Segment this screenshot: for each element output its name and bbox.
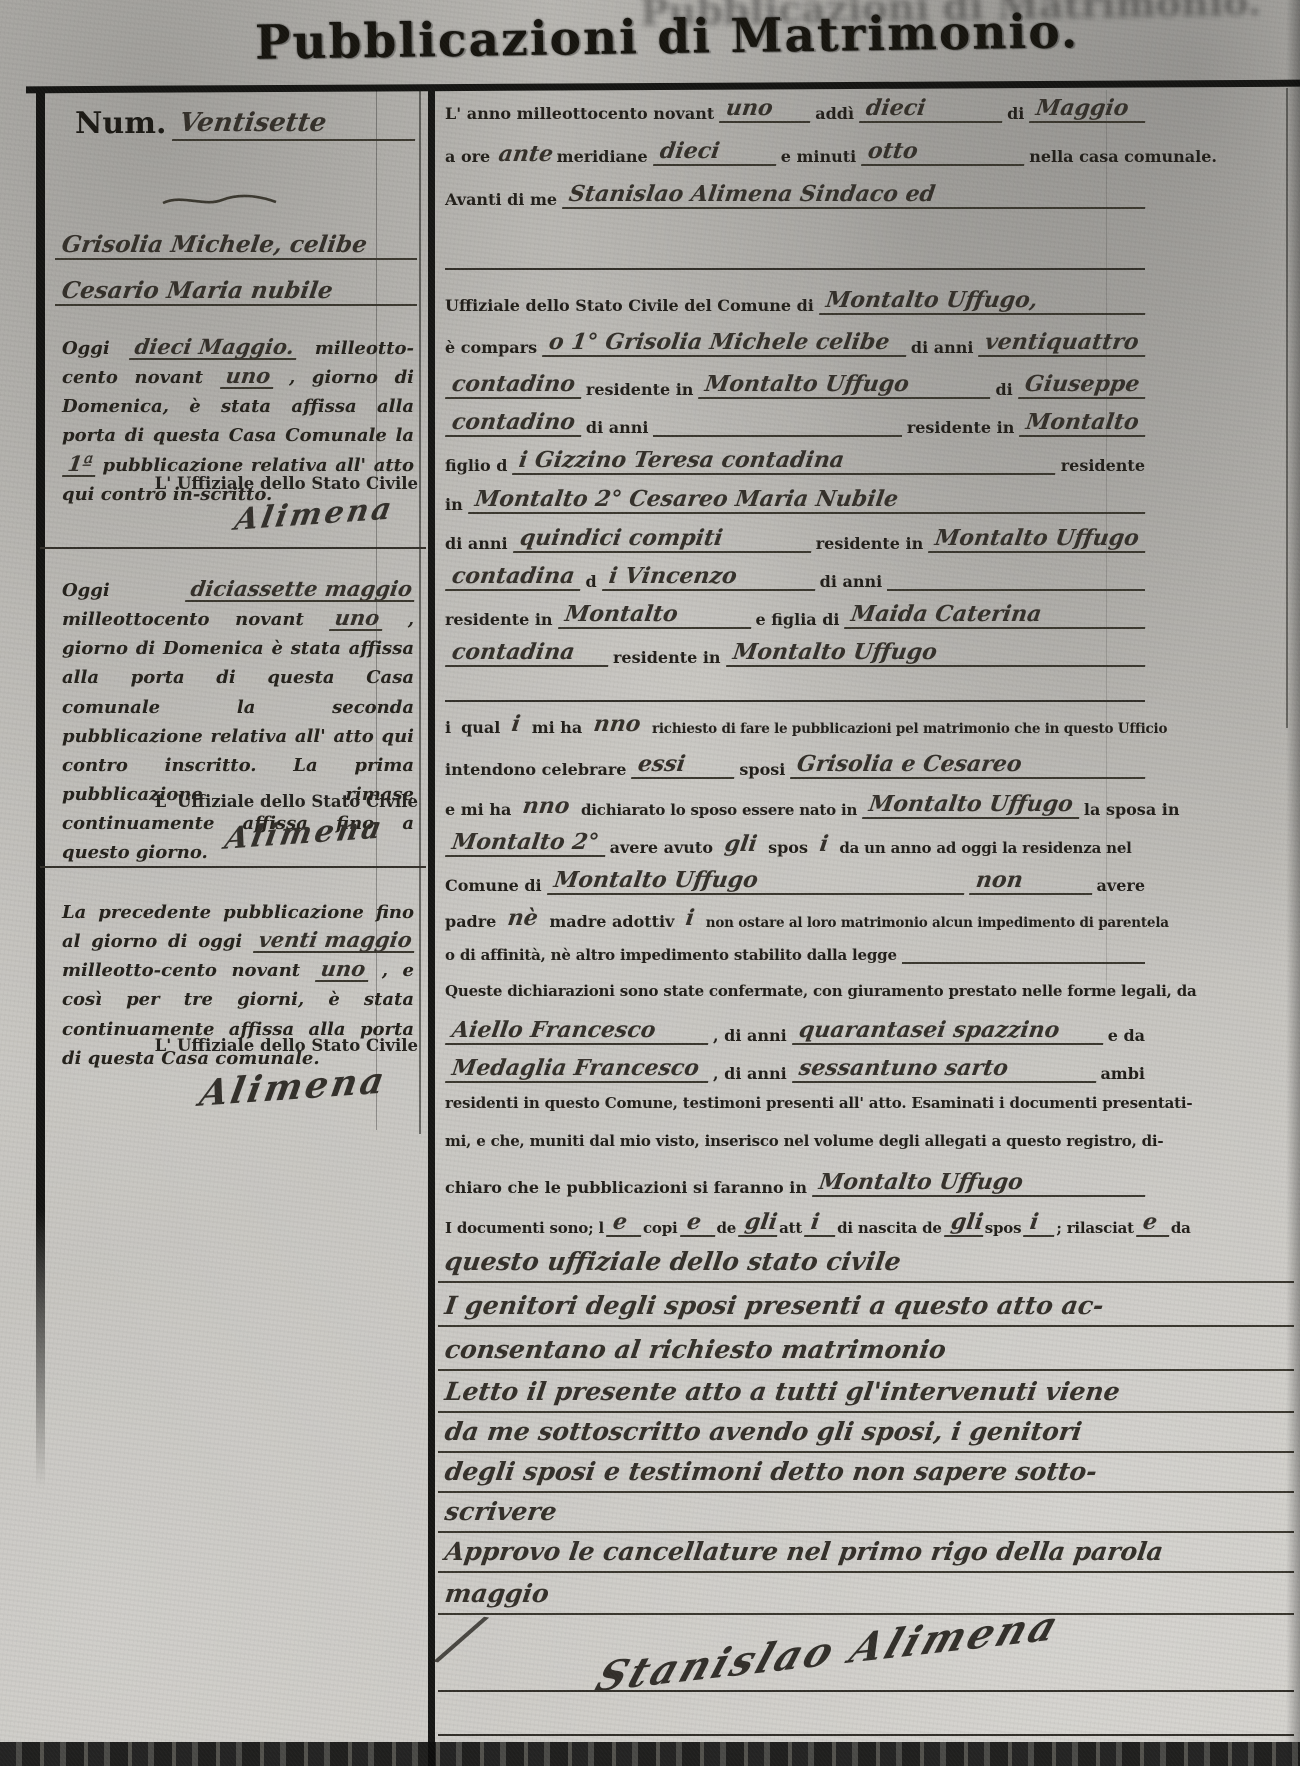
officer-signature: Alimena <box>235 497 394 532</box>
form-row-approvo: Approvo le cancellature nel primo rigo d… <box>438 1538 1294 1573</box>
form-row-nato: e mi ha nno dichiarato lo sposo essere n… <box>445 792 1145 819</box>
form-row-pubblicazioni: chiaro che le pubblicazioni si faranno i… <box>445 1170 1145 1197</box>
form-row-registro: mi, e che, muniti dal mio visto, inseris… <box>445 1132 1145 1150</box>
section-divider <box>40 547 426 549</box>
form-row-genitori-2: consentano al richiesto matrimonio <box>438 1336 1294 1371</box>
column-divider-thin <box>419 88 421 1134</box>
form-row-groom-residence: contadino residente in Montalto Uffugo d… <box>445 372 1145 399</box>
form-row-residenza: Montalto 2° avere avuto gli spos i da un… <box>445 830 1145 857</box>
form-row-ora: a ore ante meridiane dieci e minuti otto… <box>445 139 1145 166</box>
form-row-bride-age: di anni quindici compiti residente in Mo… <box>445 526 1145 553</box>
form-row-bride-residence: residente in Montalto e figlia di Maida … <box>445 602 1145 629</box>
form-row-groom-mother: figlio d i Gizzino Teresa contadina resi… <box>445 448 1145 475</box>
frame-top-border <box>26 80 1300 94</box>
form-row-dichiarazioni: Queste dichiarazioni sono state conferma… <box>445 982 1145 1000</box>
form-row-maggio: maggio <box>438 1580 1294 1615</box>
form-row-comparso: è compars o 1° Grisolia Michele celibe d… <box>445 330 1145 357</box>
officer-title: L' Uffiziale dello Stato Civile <box>150 474 418 493</box>
form-row-richiesta: i qual i mi ha nno richiesto di fare le … <box>445 712 1145 737</box>
form-row-bride-father: contadina d i Vincenzo di anni <box>445 564 1145 591</box>
groom-name: Grisolia Michele, celibe <box>55 232 417 260</box>
officer-signature: Alimena <box>200 1066 387 1108</box>
frame-left-border <box>36 88 45 1488</box>
form-row-groom-father: contadino di anni residente in Montalto <box>445 410 1145 437</box>
form-row-bride-mother: contadina residente in Montalto Uffugo <box>445 640 1145 667</box>
form-row-comune: Comune di Montalto Uffugo non avere <box>445 868 1145 895</box>
form-row-avanti: Avanti di me Stanislao Alimena Sindaco e… <box>445 182 1145 209</box>
form-row-uffiziale-note: questo uffiziale dello stato civile <box>438 1248 1294 1283</box>
form-row-residenti: residenti in questo Comune, testimoni pr… <box>445 1094 1145 1112</box>
form-row-letto-2: da me sottoscritto avendo gli sposi, i g… <box>438 1418 1294 1453</box>
form-row-letto-1: Letto il presente atto a tutti gl'interv… <box>438 1378 1294 1413</box>
scan-edge-shadow <box>1286 0 1300 1766</box>
form-row-witness-2: Medaglia Francesco , di anni sessantuno … <box>445 1056 1145 1083</box>
blank-fill <box>887 572 1145 592</box>
form-row-letto-3: degli sposi e testimoni detto non sapere… <box>438 1458 1294 1493</box>
record-number-label: Num. <box>75 106 166 141</box>
officer-title: L' Uffiziale dello Stato Civile <box>150 1036 418 1055</box>
bride-name: Cesario Maria nubile <box>55 278 417 306</box>
form-row-ufficiale: Uffiziale dello Stato Civile del Comune … <box>445 288 1145 315</box>
blank-fill <box>653 418 901 438</box>
form-row-sposi: intendono celebrare essi sposi Grisolia … <box>445 752 1145 779</box>
record-number-value: Ventisette <box>172 109 419 141</box>
blank-ruled-line <box>445 268 1145 270</box>
form-row-genitori-1: I genitori degli sposi presenti a questo… <box>438 1292 1294 1327</box>
blank-fill <box>902 944 1145 964</box>
scan-edge-bottom <box>0 1742 1300 1766</box>
document-title: Pubblicazioni di Matrimonio. <box>255 4 1080 71</box>
section-rule <box>445 700 1145 702</box>
blank-ruled-line <box>438 1734 1294 1736</box>
officer-title: L' Uffiziale dello Stato Civile <box>150 792 418 811</box>
officer-signature: Alimena <box>225 816 384 851</box>
form-row-affinita: o di affinità, nè altro impedimento stab… <box>445 944 1145 964</box>
divider-squiggle <box>160 192 280 210</box>
mayor-signature: Stanislao Alimena <box>596 1618 1060 1685</box>
form-row-bride-name: in Montalto 2° Cesareo Maria Nubile <box>445 487 1145 514</box>
form-row-witness-1: Aiello Francesco , di anni quarantasei s… <box>445 1018 1145 1045</box>
form-row-anno: L' anno milleottocento novant uno addì d… <box>445 96 1145 123</box>
form-row-letto-4: scrivere <box>438 1498 1294 1533</box>
section-divider <box>40 866 426 868</box>
record-number-row: Num. Ventisette <box>75 106 415 141</box>
scanned-marriage-record: Pubblicazioni di Matrimonio. Pubblicazio… <box>0 0 1300 1766</box>
form-row-documenti: I documenti sono; l e copi e de gli att … <box>445 1210 1145 1237</box>
form-row-adottivi: padre nè madre adottiv i non ostare al l… <box>445 906 1145 931</box>
column-divider-heavy <box>428 88 435 1766</box>
blank-ruled-line <box>438 1690 1294 1692</box>
